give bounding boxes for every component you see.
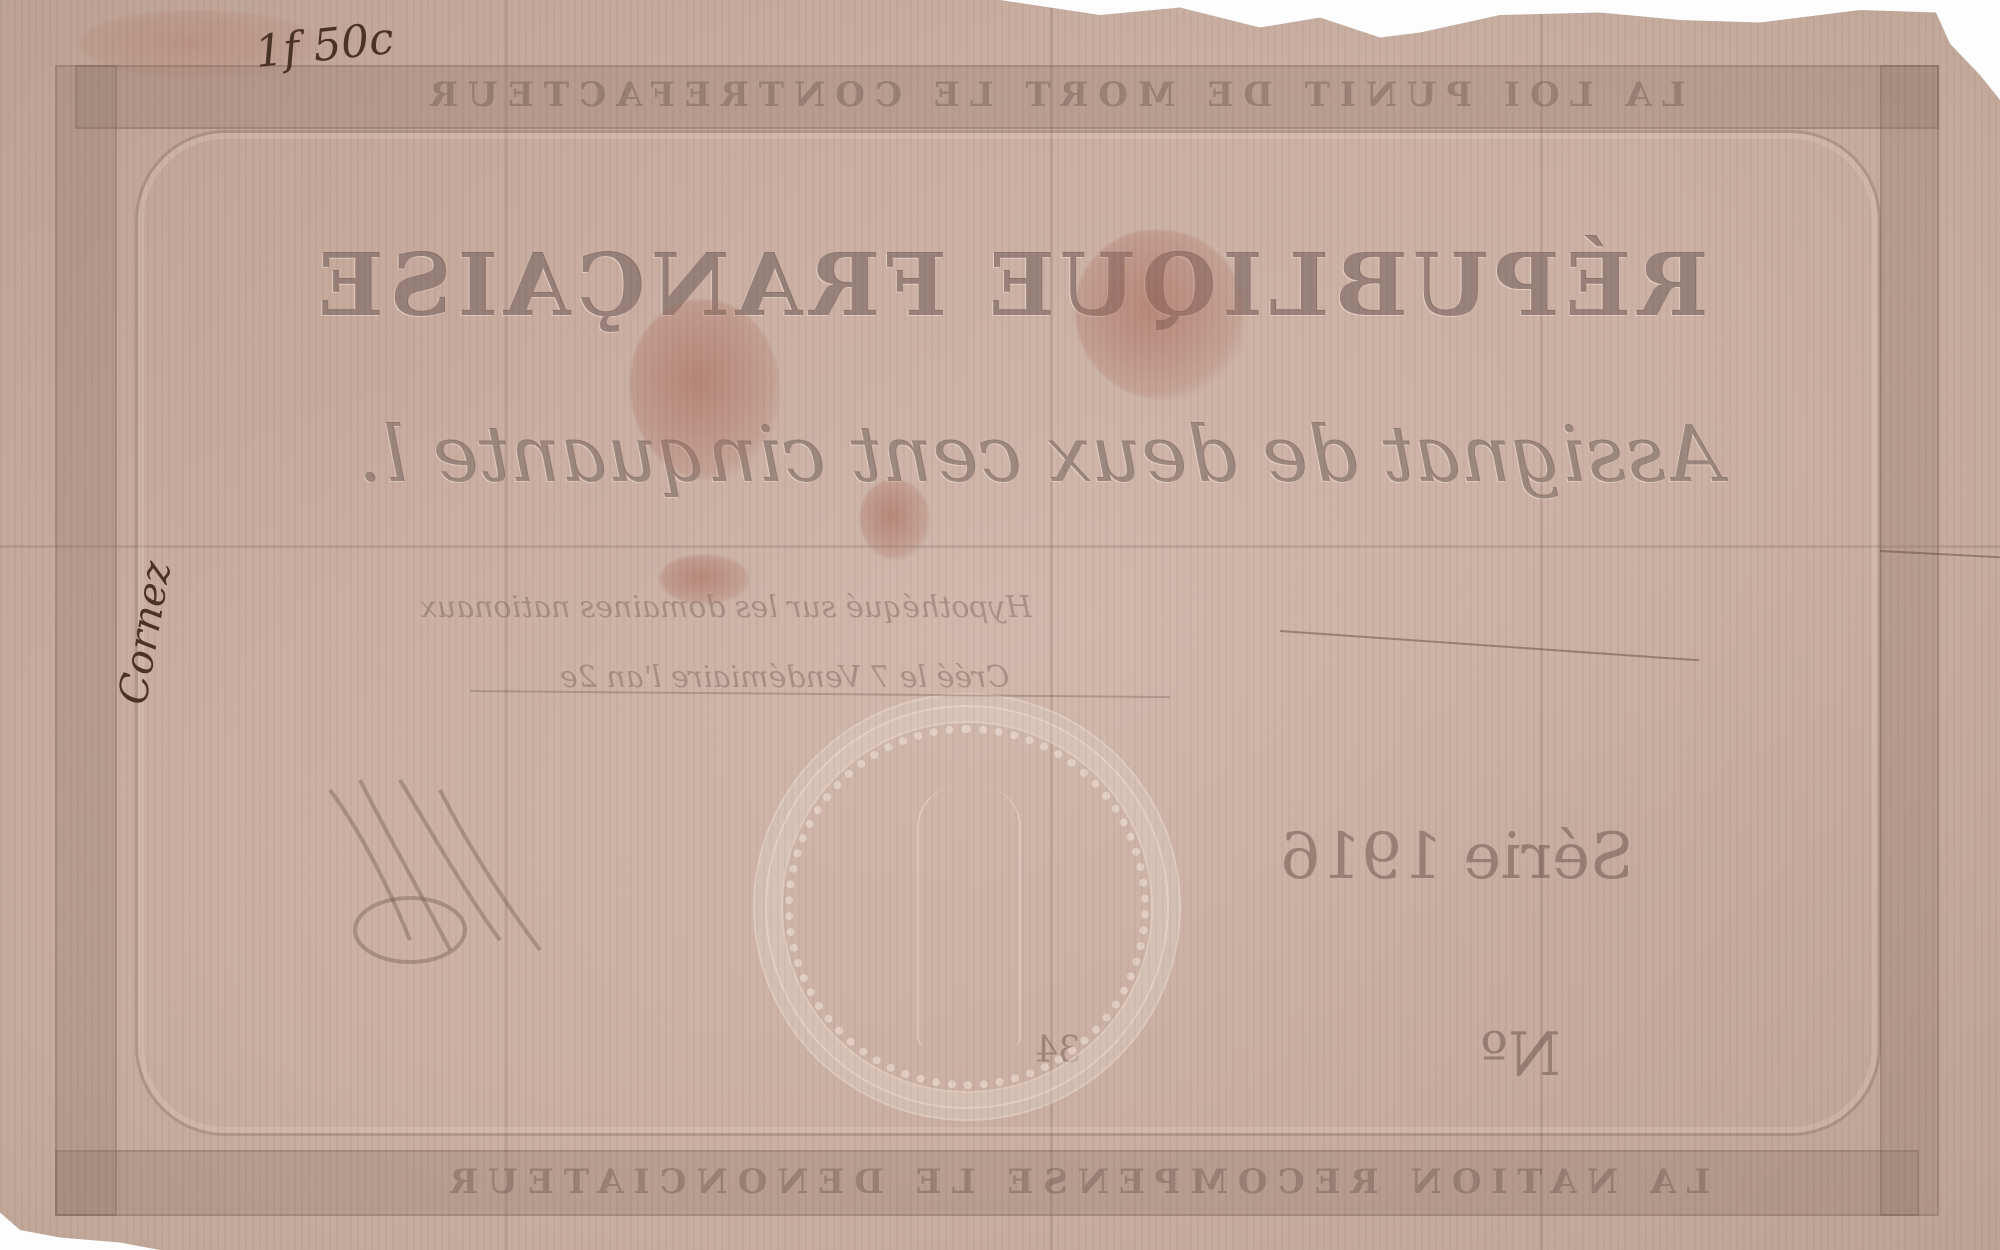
seal-figure-icon — [917, 787, 1021, 1047]
signature-scrawl-icon — [300, 770, 600, 970]
small-print-line-2: Créé le 7 Vendémiaire l'an 2e — [560, 660, 1009, 695]
right-border-band — [1880, 65, 1939, 1216]
serie-text: Série 1916 — [1280, 820, 1634, 894]
top-band-text: LA LOI PUNIT DE MORT LE CONTREFACTEUR — [420, 75, 1686, 115]
bottom-band-text: LA NATION RECOMPENSE LE DENONCIATEUR — [440, 1162, 1710, 1202]
banknote-paper: LA LOI PUNIT DE MORT LE CONTREFACTEUR LA… — [0, 0, 2000, 1250]
note-title: RÉPUBLIQUE FRANÇAISE — [260, 235, 1760, 336]
value-line: Assignat de deux cent cinquante l. — [270, 410, 1810, 500]
embossed-seal — [765, 705, 1169, 1109]
stain — [860, 480, 930, 560]
photo-stage: LA LOI PUNIT DE MORT LE CONTREFACTEUR LA… — [0, 0, 2000, 1250]
numero-text: Nº — [1480, 1020, 1561, 1090]
left-border-band — [55, 65, 117, 1216]
serie-label: Série 1916 — [1280, 820, 1634, 894]
numero-label: Nº — [1480, 1020, 1561, 1090]
value-line-text: Assignat de deux cent cinquante l. — [358, 410, 1722, 500]
note-title-text: RÉPUBLIQUE FRANÇAISE — [312, 235, 1708, 336]
small-print-text: Créé le 7 Vendémiaire l'an 2e — [560, 660, 1009, 695]
